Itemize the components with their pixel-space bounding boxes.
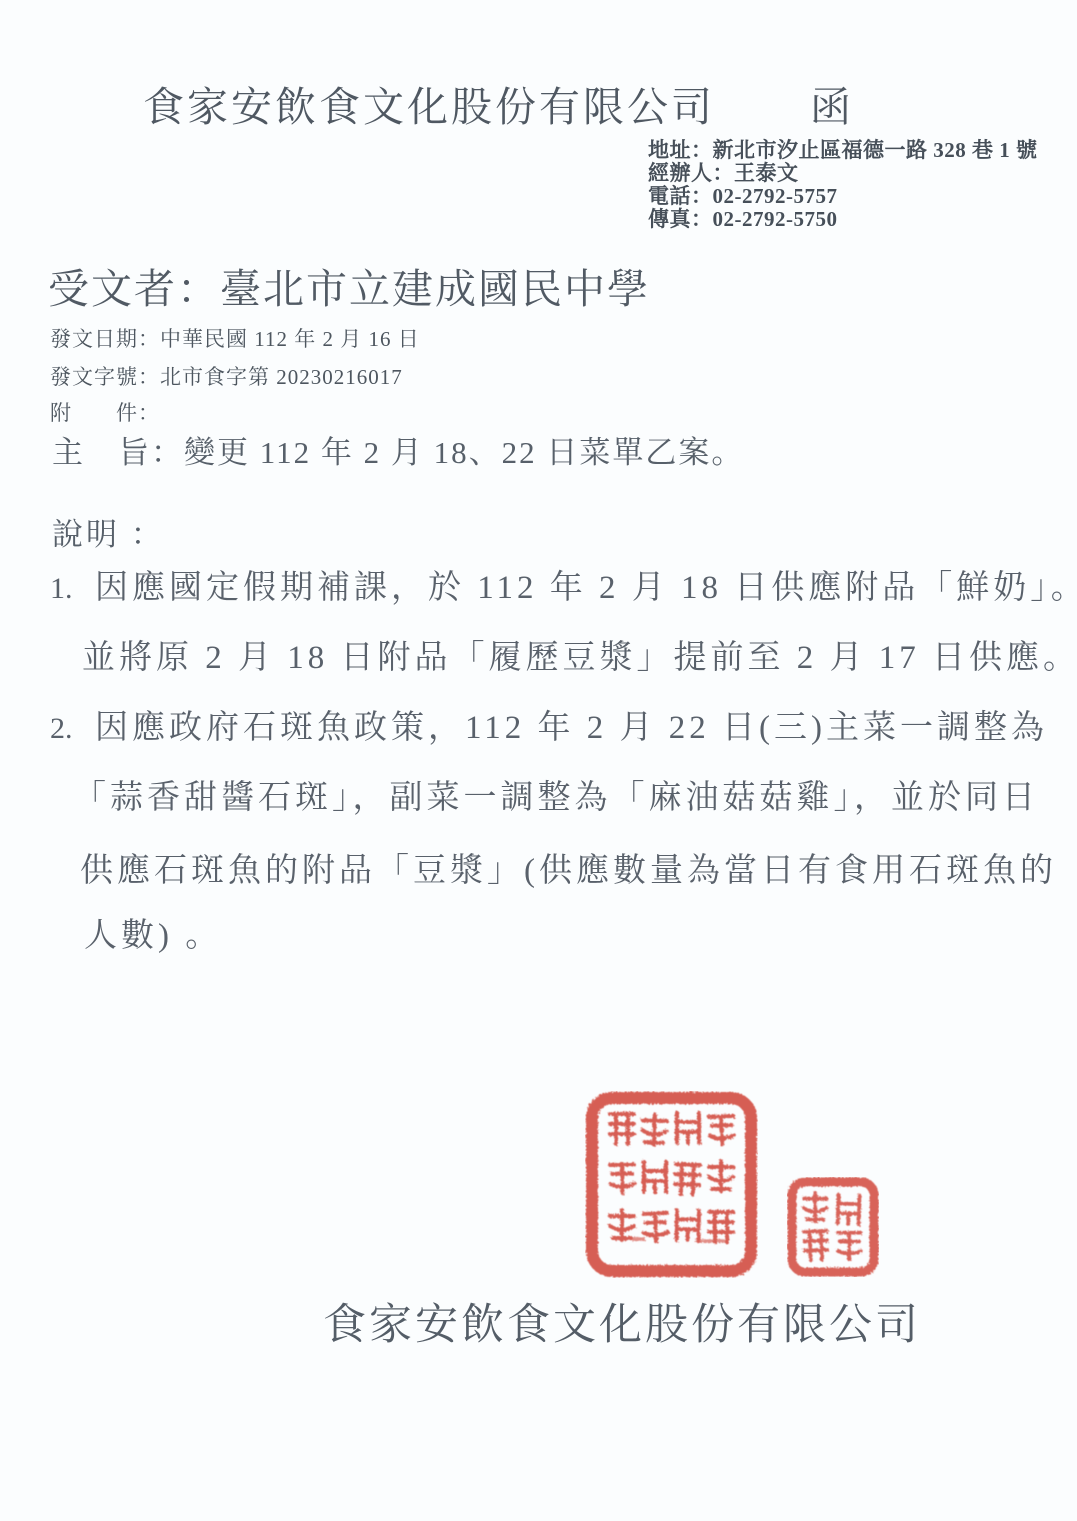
explanation-item-2-line-3: 供應石斑魚的附品「豆漿」(供應數量為當日有食用石斑魚的 <box>80 844 1057 891</box>
item-1-text-1: 因應國定假期補課，於 112 年 2 月 18 日供應附品「鮮奶」。 <box>95 570 1077 606</box>
subject-line: 主 旨：變更 112 年 2 月 18、22 日菜單乙案。 <box>52 427 744 472</box>
explanation-heading: 說明 ： <box>52 509 165 554</box>
contact-fax: 傳真：02-2792-5750 <box>648 208 1038 231</box>
attachment-line: 附 件： <box>50 397 160 427</box>
company-seal-icon <box>585 1091 758 1278</box>
issue-date-line: 發文日期：中華民國 112 年 2 月 16 日 <box>50 323 420 353</box>
item-1-number: 1. <box>50 572 95 606</box>
explanation-item-1-line-2: 並將原 2 月 18 日附品「履歷豆漿」提前至 2 月 17 日供應。 <box>82 631 1077 678</box>
recipient-label: 受文者： <box>48 266 220 312</box>
contact-address: 地址：新北市汐止區福德一路 328 巷 1 號 <box>648 139 1038 162</box>
item-2-text-1: 因應政府石斑魚政策，112 年 2 月 22 日(三)主菜一調整為 <box>95 710 1048 746</box>
document-title: 食家安飲食文化股份有限公司函 <box>143 74 854 133</box>
subject-label: 主 旨： <box>52 435 184 470</box>
contact-block: 地址：新北市汐止區福德一路 328 巷 1 號 經辦人：王泰文 電話：02-27… <box>648 139 1038 231</box>
contact-phone: 電話：02-2792-5757 <box>648 185 1038 208</box>
item-2-number: 2. <box>50 712 95 746</box>
document-page: 食家安飲食文化股份有限公司函 地址：新北市汐止區福德一路 328 巷 1 號 經… <box>0 0 1077 1521</box>
subject-text: 變更 112 年 2 月 18、22 日菜單乙案。 <box>184 435 744 470</box>
company-name-title: 食家安飲食文化股份有限公司 <box>143 84 715 130</box>
signature-company-name: 食家安飲食文化股份有限公司 <box>323 1291 921 1352</box>
reference-number-line: 發文字號：北市食字第 20230216017 <box>50 361 403 391</box>
contact-person: 經辦人：王泰文 <box>648 162 1038 185</box>
explanation-item-2-line-4: 人數) 。 <box>84 909 222 956</box>
explanation-item-1-line-1: 1.因應國定假期補課，於 112 年 2 月 18 日供應附品「鮮奶」。 <box>50 561 1077 608</box>
explanation-item-2-line-2: 「蒜香甜醬石斑」，副菜一調整為「麻油菇菇雞」，並於同日 <box>73 771 1039 818</box>
personal-seal-icon <box>787 1177 879 1277</box>
recipient-line: 受文者：臺北市立建成國民中學 <box>48 256 650 315</box>
recipient-name: 臺北市立建成國民中學 <box>220 266 650 312</box>
explanation-item-2-line-1: 2.因應政府石斑魚政策，112 年 2 月 22 日(三)主菜一調整為 <box>50 701 1048 748</box>
doc-type-label: 函 <box>810 84 854 130</box>
